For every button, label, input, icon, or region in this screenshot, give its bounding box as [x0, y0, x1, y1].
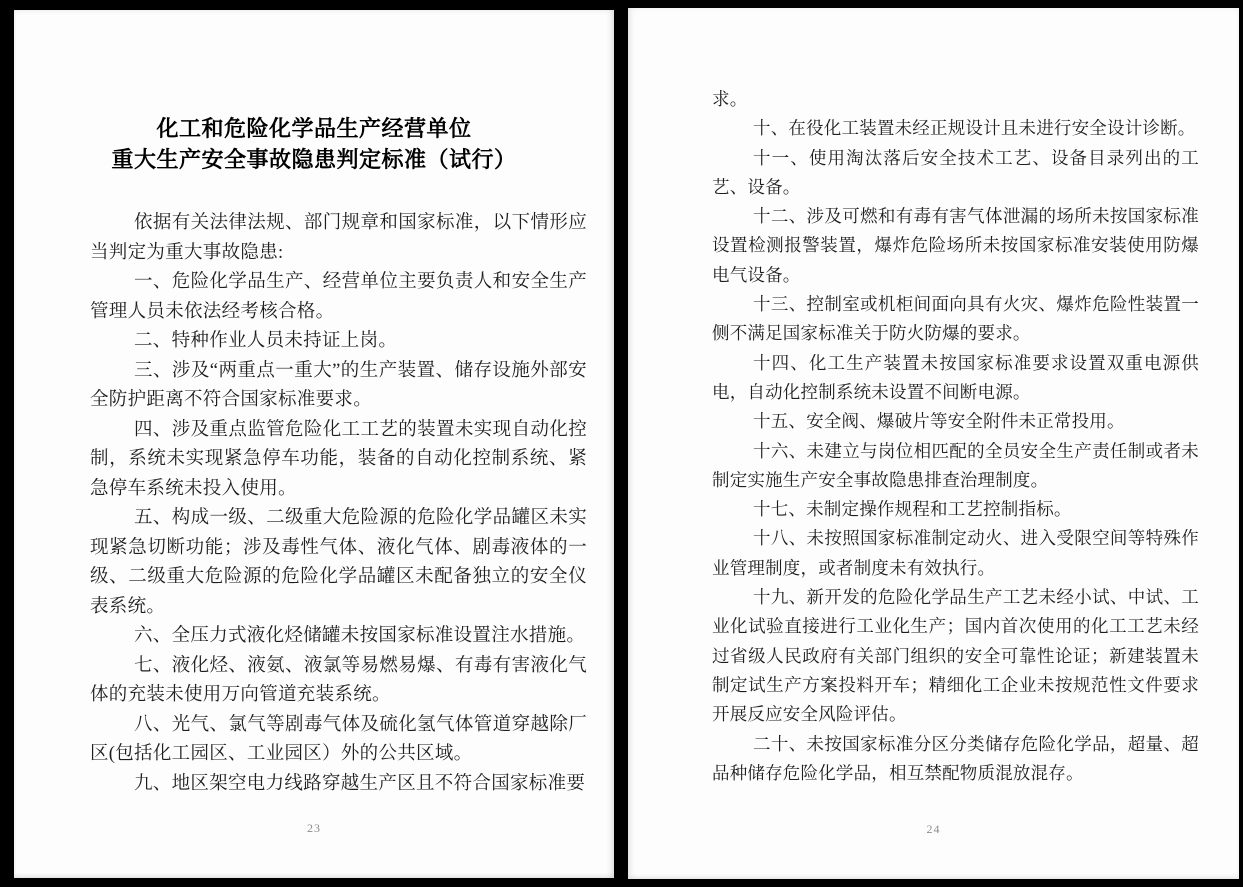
paragraph: 二、特种作业人员未持证上岗。: [90, 327, 587, 357]
document-title-line2: 重大生产安全事故隐患判定标准（试行）: [34, 144, 594, 175]
paragraph: 十、在役化工装置未经正规设计且未进行安全设计诊断。: [712, 114, 1199, 143]
paragraph: 五、构成一级、二级重大危险源的危险化学品罐区未实现紧急切断功能；涉及毒性气体、液…: [90, 504, 587, 622]
page-left-body: 依据有关法律法规、部门规章和国家标准，以下情形应当判定为重大事故隐患:一、危险化…: [90, 209, 587, 799]
document-title: 化工和危险化学品生产经营单位 重大生产安全事故隐患判定标准（试行）: [34, 113, 594, 175]
page-right-number: 24: [628, 822, 1239, 837]
paragraph: 四、涉及重点监管危险化工工艺的装置未实现自动化控制，系统未实现紧急停车功能，装备…: [90, 416, 587, 505]
paragraph: 十六、未建立与岗位相匹配的全员安全生产责任制或者未制定实施生产安全事故隐患排查治…: [712, 437, 1199, 496]
paragraph: 依据有关法律法规、部门规章和国家标准，以下情形应当判定为重大事故隐患:: [90, 209, 587, 268]
page-right: 求。十、在役化工装置未经正规设计且未进行安全设计诊断。十一、使用淘汰落后安全技术…: [628, 8, 1239, 879]
paragraph: 十三、控制室或机柜间面向具有火灾、爆炸危险性装置一侧不满足国家标准关于防火防爆的…: [712, 290, 1199, 349]
paragraph: 六、全压力式液化烃储罐未按国家标准设置注水措施。: [90, 622, 587, 652]
paragraph: 三、涉及“两重点一重大”的生产装置、储存设施外部安全防护距离不符合国家标准要求。: [90, 357, 587, 416]
paragraph: 十八、未按照国家标准制定动火、进入受限空间等特殊作业管理制度，或者制度未有效执行…: [712, 524, 1199, 583]
paragraph: 十五、安全阀、爆破片等安全附件未正常投用。: [712, 407, 1199, 436]
page-left: 化工和危险化学品生产经营单位 重大生产安全事故隐患判定标准（试行） 依据有关法律…: [14, 10, 614, 878]
page-left-number: 23: [14, 821, 614, 836]
paragraph: 十二、涉及可燃和有毒有害气体泄漏的场所未按国家标准设置检测报警装置，爆炸危险场所…: [712, 202, 1199, 290]
paragraph: 十四、化工生产装置未按国家标准要求设置双重电源供电，自动化控制系统未设置不间断电…: [712, 349, 1199, 408]
paragraph: 十一、使用淘汰落后安全技术工艺、设备目录列出的工艺、设备。: [712, 144, 1199, 203]
paragraph: 十七、未制定操作规程和工艺控制指标。: [712, 495, 1199, 524]
document-viewer: 化工和危险化学品生产经营单位 重大生产安全事故隐患判定标准（试行） 依据有关法律…: [0, 0, 1243, 887]
paragraph: 求。: [712, 85, 1199, 114]
document-title-line1: 化工和危险化学品生产经营单位: [34, 113, 594, 144]
paragraph: 九、地区架空电力线路穿越生产区且不符合国家标准要: [90, 770, 587, 800]
paragraph: 七、液化烃、液氨、液氯等易燃易爆、有毒有害液化气体的充装未使用万向管道充装系统。: [90, 652, 587, 711]
paragraph: 八、光气、氯气等剧毒气体及硫化氢气体管道穿越除厂区(包括化工园区、工业园区）外的…: [90, 711, 587, 770]
paragraph: 一、危险化学品生产、经营单位主要负责人和安全生产管理人员未依法经考核合格。: [90, 268, 587, 327]
paragraph: 十九、新开发的危险化学品生产工艺未经小试、中试、工业化试验直接进行工业化生产；国…: [712, 583, 1199, 729]
page-right-body: 求。十、在役化工装置未经正规设计且未进行安全设计诊断。十一、使用淘汰落后安全技术…: [712, 85, 1199, 788]
paragraph: 二十、未按国家标准分区分类储存危险化学品，超量、超品种储存危险化学品，相互禁配物…: [712, 730, 1199, 789]
